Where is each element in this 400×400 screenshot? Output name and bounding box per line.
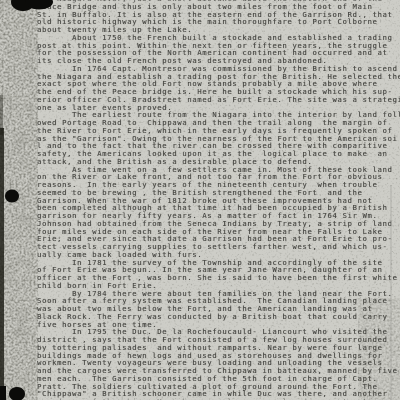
document-text-block: the Niagara River, just a short distance… <box>37 0 400 400</box>
left-edge-dark-strip <box>0 128 4 400</box>
bottom-left-corner-blob <box>0 386 6 400</box>
hole-punch-middle-icon <box>5 190 19 203</box>
left-edge-blotches <box>0 0 30 400</box>
scanned-document-page: the Niagara River, just a short distance… <box>0 0 400 400</box>
left-edge-speckle-band <box>0 0 36 400</box>
hole-punch-bottom-icon <box>9 387 25 400</box>
text-line: the Niagara River, just a short distance… <box>37 0 400 3</box>
left-edge-dark-strip-fade <box>0 95 3 135</box>
